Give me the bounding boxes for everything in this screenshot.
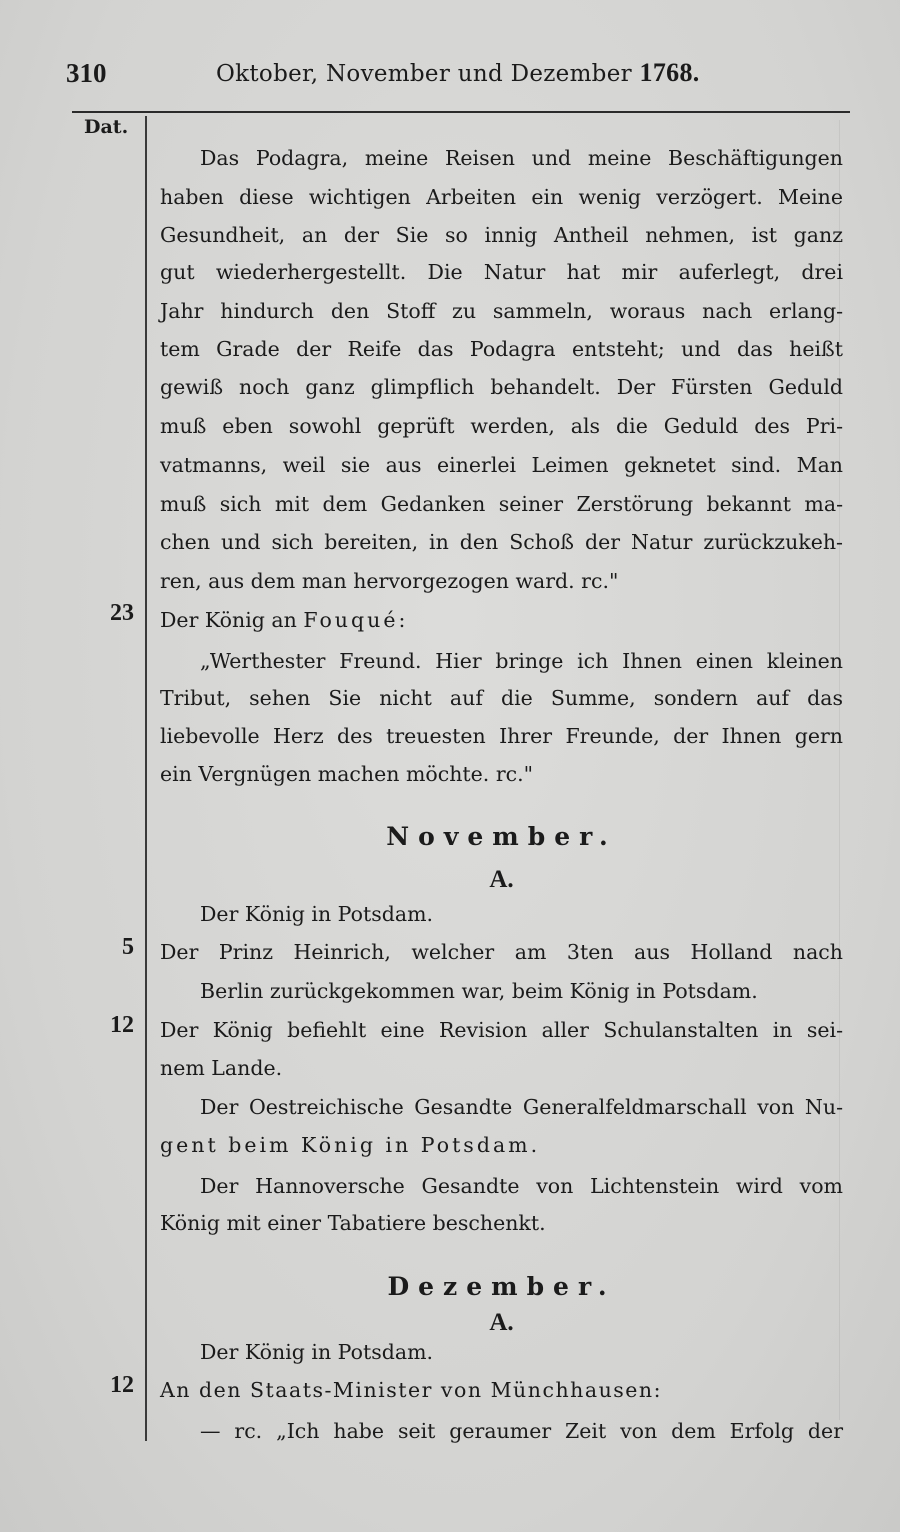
text-line: ein Vergnügen machen möchte. rc." bbox=[160, 759, 533, 789]
text-line: muß sich mit dem Gedanken seiner Zerstör… bbox=[160, 489, 843, 519]
page-bleed-margin bbox=[839, 120, 900, 1420]
running-head-text: Oktober, November und Dezember bbox=[216, 61, 632, 87]
recipient-name: Fouqué: bbox=[303, 608, 408, 632]
text-line: haben diese wichtigen Arbeiten ein wenig… bbox=[160, 182, 843, 212]
text-line: ren, aus dem man hervorgezogen ward. rc.… bbox=[160, 566, 618, 596]
location-line: Der König in Potsdam. bbox=[200, 899, 433, 929]
entry-heading-prefix: Der König an bbox=[160, 608, 297, 632]
text-line: Das Podagra, meine Reisen und meine Besc… bbox=[200, 143, 843, 173]
running-head: Oktober, November und Dezember 1768. bbox=[216, 58, 700, 88]
text-line: gent beim König in Potsdam. bbox=[160, 1130, 540, 1160]
text-line: liebevolle Herz des treuesten Ihrer Freu… bbox=[160, 721, 843, 751]
entry-date: 12 bbox=[98, 1370, 134, 1400]
text-line: Der Oestreichische Gesandte Generalfeldm… bbox=[200, 1092, 843, 1122]
text-line: Jahr hindurch den Stoff zu sammeln, wora… bbox=[160, 296, 843, 326]
text-line: Der Prinz Heinrich, welcher am 3ten aus … bbox=[160, 937, 843, 967]
text-line: Gesundheit, an der Sie so innig Antheil … bbox=[160, 220, 843, 250]
page-header: 310 Oktober, November und Dezember 1768. bbox=[66, 58, 846, 98]
date-column-divider bbox=[145, 116, 147, 1441]
text-line: Der Hannoversche Gesandte von Lichtenste… bbox=[200, 1171, 843, 1201]
text-line: nem Lande. bbox=[160, 1053, 282, 1083]
section-heading: A. bbox=[160, 866, 843, 894]
text-line: muß eben sowohl geprüft werden, als die … bbox=[160, 411, 843, 441]
text-line: vatmanns, weil sie aus einerlei Leimen g… bbox=[160, 450, 843, 480]
month-heading-december: Dezember. bbox=[160, 1272, 843, 1301]
text-line: chen und sich bereiten, in den Schoß der… bbox=[160, 527, 843, 557]
text-line: Der König befiehlt eine Revision aller S… bbox=[160, 1015, 843, 1045]
text-line: Tribut, sehen Sie nicht auf die Summe, s… bbox=[160, 683, 843, 713]
entry-heading: Der König an Fouqué: bbox=[160, 605, 408, 635]
text-line: gewiß noch ganz glimpflich behandelt. De… bbox=[160, 372, 843, 402]
text-line: — rc. „Ich habe seit geraumer Zeit von d… bbox=[200, 1416, 843, 1446]
text-line: „Werthester Freund. Hier bringe ich Ihne… bbox=[200, 646, 843, 676]
location-line: Der König in Potsdam. bbox=[200, 1337, 433, 1367]
book-page: 310 Oktober, November und Dezember 1768.… bbox=[0, 0, 900, 1532]
header-rule bbox=[72, 111, 850, 113]
entry-heading: An den Staats-Minister von Münchhausen: bbox=[160, 1375, 662, 1405]
entry-date: 23 bbox=[98, 598, 134, 628]
text-line: Berlin zurückgekommen war, beim König in… bbox=[200, 976, 843, 1006]
text-line: gut wiederhergestellt. Die Natur hat mir… bbox=[160, 257, 843, 287]
section-heading: A. bbox=[160, 1309, 843, 1337]
entry-date: 12 bbox=[98, 1010, 134, 1040]
entry-date: 5 bbox=[98, 932, 134, 962]
text-line: tem Grade der Reife das Podagra entsteht… bbox=[160, 334, 843, 364]
text-line: König mit einer Tabatiere beschenkt. bbox=[160, 1208, 546, 1238]
running-head-year: 1768. bbox=[640, 58, 700, 87]
month-heading-november: November. bbox=[160, 822, 843, 851]
page-number: 310 bbox=[66, 58, 107, 89]
date-column-label: Dat. bbox=[84, 116, 128, 138]
